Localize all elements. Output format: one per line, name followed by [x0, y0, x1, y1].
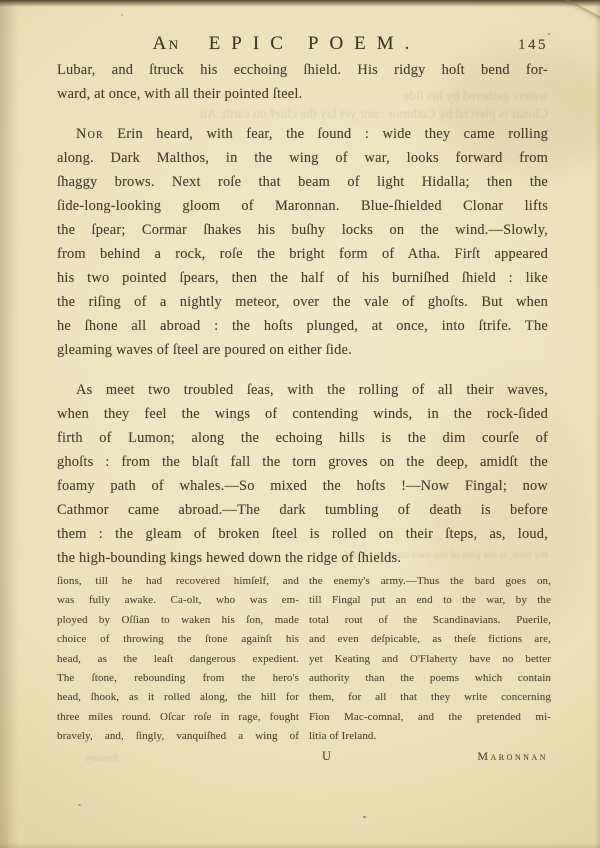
text-line: head, ſhook, as it rolled along, the hil… — [57, 688, 299, 707]
page-gutter-shadow — [0, 0, 18, 848]
paper-speck — [121, 14, 123, 16]
text-line: the enemy's army.—Thus the bard goes on, — [309, 572, 551, 591]
signature-mark: U — [322, 747, 332, 766]
text-line: foamy path of whales.—So mixed the hoſts… — [57, 474, 548, 498]
signature-line: U Maronnan — [309, 747, 551, 766]
footnote-left-column: ſions, till he had recovered himſelf, an… — [57, 572, 299, 766]
text-line: the ſpear; Cormar ſhakes his buſhy locks… — [57, 218, 548, 242]
text-line: bravely, and, ſingly, vanquiſhed a wing … — [57, 727, 299, 746]
text-line: Fion Mac-comnal, and the pretended mi- — [309, 708, 551, 727]
text-line: gleaming waves of ſteel are poured on ei… — [57, 338, 548, 362]
text-line: till Fingal put an end to the war, by th… — [309, 591, 551, 610]
paper-speck — [363, 816, 366, 818]
catchword: Maronnan — [477, 747, 548, 766]
text-line: Lubar, and ſtruck his ecchoing ſhield. H… — [57, 58, 548, 82]
text-line: yet Keating and O'Flaherty have no bette… — [309, 650, 551, 669]
running-header: AnEPICPOEM. — [41, 33, 532, 55]
text-line: head, as the leaſt dangerous expedient. — [57, 650, 299, 669]
text-line: he ſhone all abroad : the hoſts plunged,… — [57, 314, 548, 338]
text-line: ployed by Oſſian to waken his ſon, made — [57, 611, 299, 630]
book-page: waters gathered by his ſide Clonar is pi… — [0, 0, 600, 848]
text-line: ward, at once, with all their pointed ſt… — [57, 82, 548, 106]
running-header-word-poem: POEM. — [308, 33, 421, 54]
text-line: three miles round. Oſcar roſe in rage, f… — [57, 708, 299, 727]
text-line: them, for all that they write concerning — [309, 688, 551, 707]
text-line: his two pointed ſpears, then the half of… — [57, 266, 548, 290]
text-line: and even deſpicable, as theſe fictions a… — [309, 630, 551, 649]
text-line: ſide-long-looking gloom of Maronnan. Blu… — [57, 194, 548, 218]
footnote-section: ſions, till he had recovered himſelf, an… — [57, 572, 551, 766]
page-bottom-edge-shadow — [0, 842, 600, 848]
body-text: Lubar, and ſtruck his ecchoing ſhield. H… — [57, 58, 548, 586]
paragraph-2: Nor Erin heard, with fear, the ſound : w… — [57, 122, 548, 362]
text-line: litia of Ireland. — [309, 727, 551, 746]
text-line: the high-bounding kings hewed down the r… — [57, 546, 548, 570]
small-caps-lead: Nor — [76, 126, 104, 142]
text-line: the riſing of a nightly meteor, over the… — [57, 290, 548, 314]
page-right-edge-shadow — [594, 0, 600, 848]
footnote-right-lines: the enemy's army.—Thus the bard goes on,… — [309, 572, 551, 747]
paper-speck — [548, 33, 550, 35]
running-header-word-epic: EPIC — [209, 33, 294, 54]
text-line: As meet two troubled ſeas, with the roll… — [57, 378, 548, 402]
text-line: was fully awake. Ca-olt, who was em- — [57, 591, 299, 610]
text-line: firth of Lumon; along the echoing hills … — [57, 426, 548, 450]
text-line: along. Dark Malthos, in the wing of war,… — [57, 146, 548, 170]
text-line: Cathmor came abroad.—The dark tumbling o… — [57, 498, 548, 522]
text-line: ſhaggy brows. Next roſe that beam of lig… — [57, 170, 548, 194]
text-line: The ſtone, rebounding from the hero's — [57, 669, 299, 688]
text-line: choice of throwing the ſtone againſt his — [57, 630, 299, 649]
page-number: 145 — [518, 37, 548, 54]
text-line: ſions, till he had recovered himſelf, an… — [57, 572, 299, 591]
text-line: authority than the poems which contain — [309, 669, 551, 688]
paper-speck — [78, 804, 81, 806]
text-line: ghoſts : from the blaſt fall the torn gr… — [57, 450, 548, 474]
footnote-right-column: the enemy's army.—Thus the bard goes on,… — [309, 572, 551, 766]
text-line: them : the gleam of broken ſteel is roll… — [57, 522, 548, 546]
text-line: when they feel the wings of contending w… — [57, 402, 548, 426]
text-line: total rout of the Scandinavians. Puerile… — [309, 611, 551, 630]
text-line: Nor Erin heard, with fear, the ſound : w… — [57, 122, 548, 146]
paragraph-1: Lubar, and ſtruck his ecchoing ſhield. H… — [57, 58, 548, 106]
text-line: from behind a rock, roſe the bright form… — [57, 242, 548, 266]
page-top-edge-shadow — [0, 0, 600, 7]
paragraph-3: As meet two troubled ſeas, with the roll… — [57, 378, 548, 570]
running-header-article: An — [153, 33, 181, 54]
